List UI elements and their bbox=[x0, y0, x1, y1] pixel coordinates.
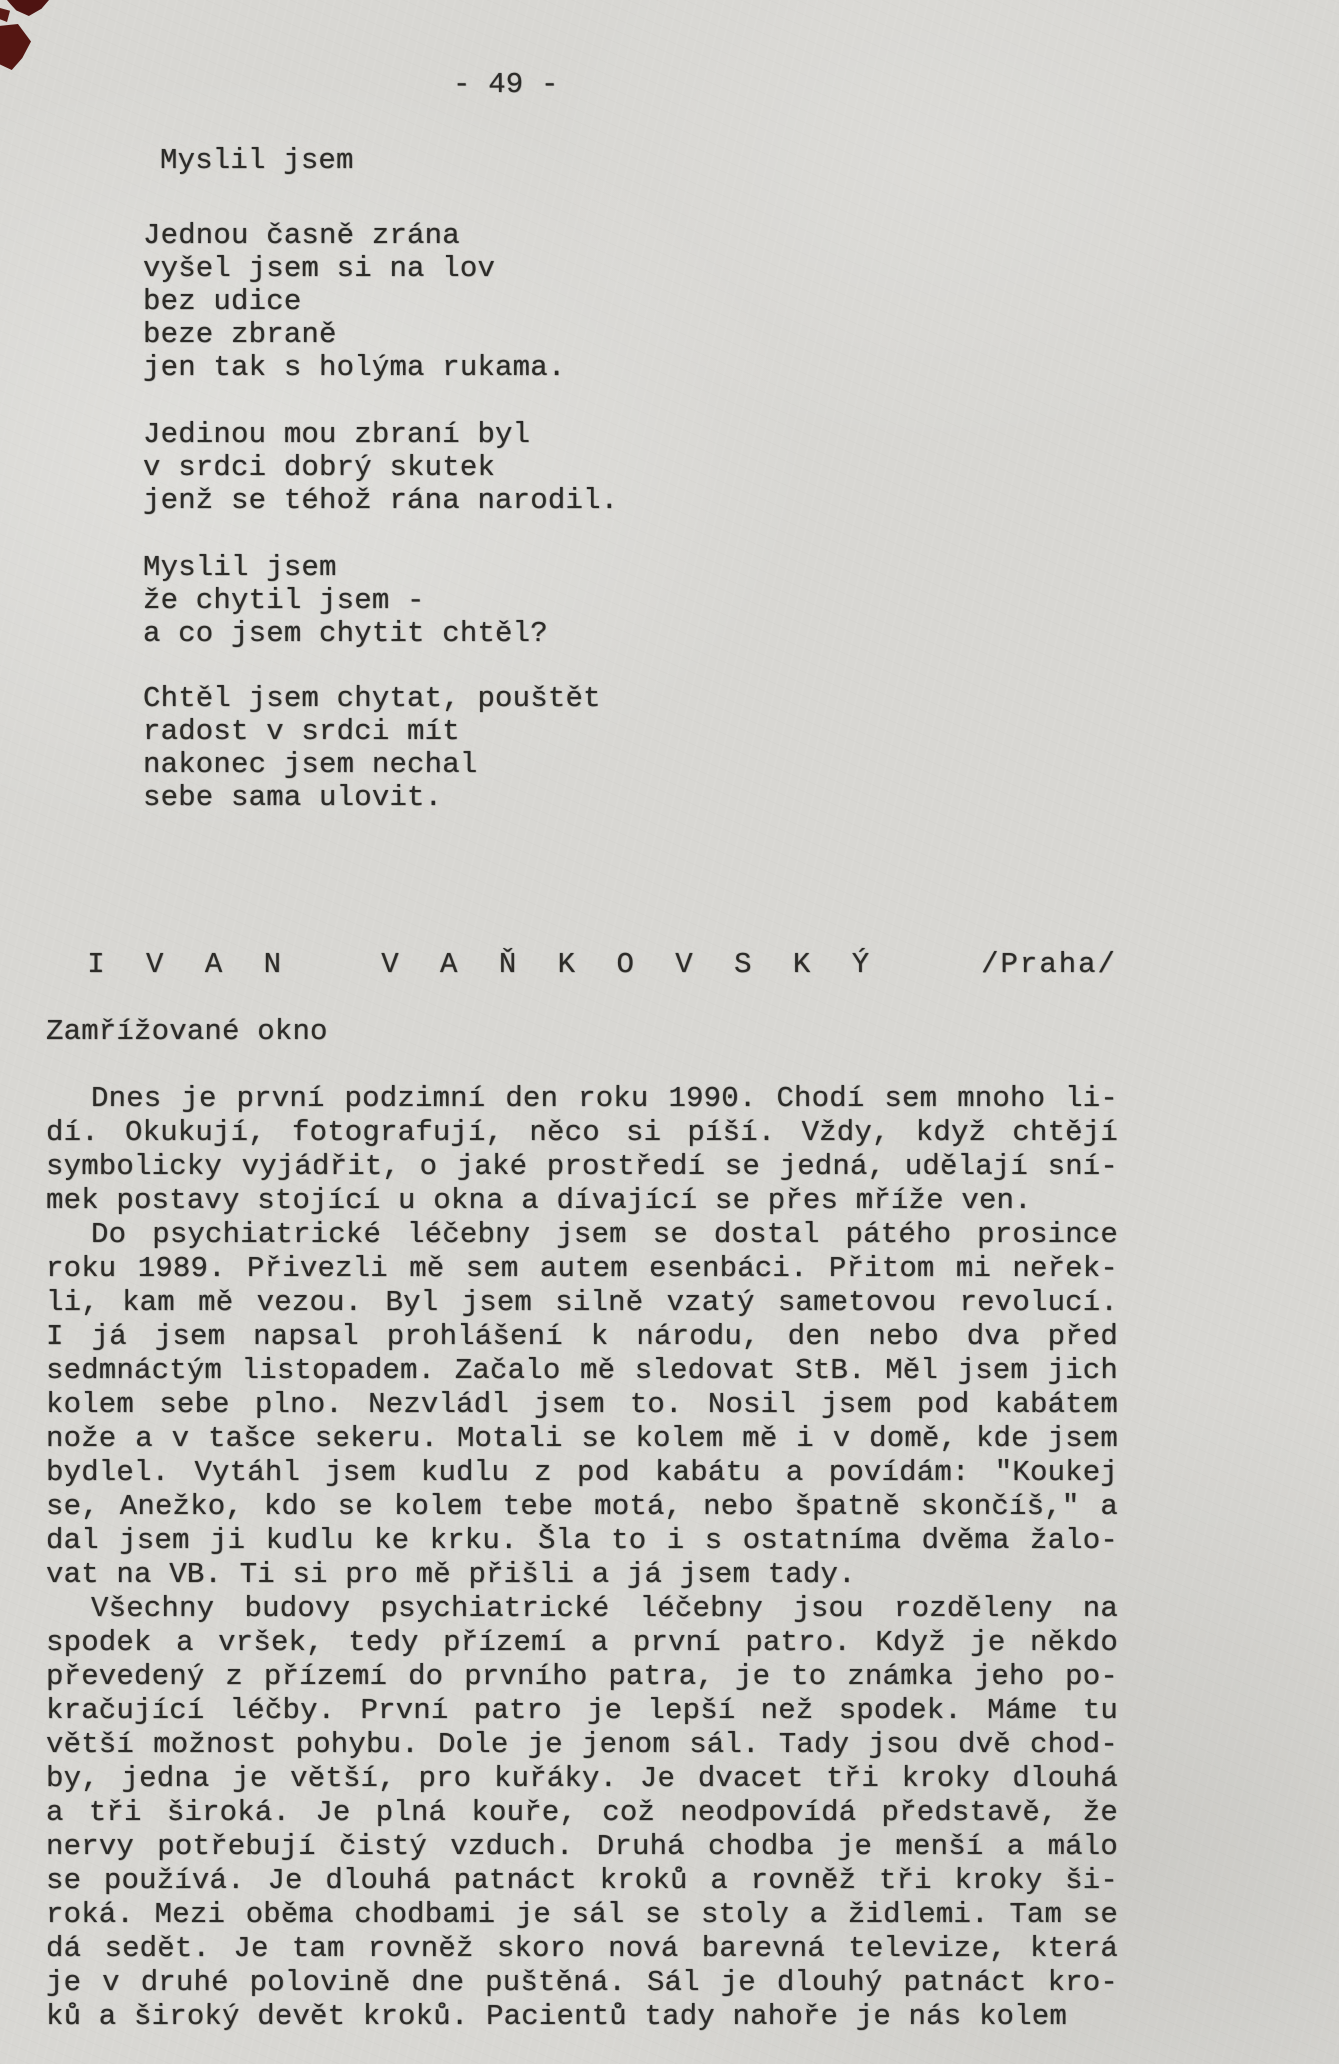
prose-line: dí. Okukují, fotografují, něco si píší. … bbox=[46, 1116, 1118, 1150]
prose-line: Všechny budovy psychiatrické léčebny jso… bbox=[46, 1592, 1118, 1626]
prose-line: bydlel. Vytáhl jsem kudlu z pod kabátu a… bbox=[46, 1456, 1118, 1490]
story-title: Zamřížované okno bbox=[46, 1015, 328, 1048]
prose-line: je v druhé polovině dne puštěná. Sál je … bbox=[46, 1966, 1118, 2000]
prose-line: nože a v tašce sekeru. Motali se kolem m… bbox=[46, 1422, 1118, 1456]
document-page: { "page": { "number": "- 49 -" }, "poem"… bbox=[0, 0, 1339, 2064]
prose-line: větší možnost pohybu. Dole je jenom sál.… bbox=[46, 1728, 1118, 1762]
prose-line: mek postavy stojící u okna a dívající se… bbox=[46, 1184, 1118, 1218]
prose-paragraph: Dnes je první podzimní den roku 1990. Ch… bbox=[46, 1082, 1118, 1218]
poem-title: Myslil jsem bbox=[160, 144, 354, 177]
prose-line: roku 1989. Přivezli mě sem autem esenbác… bbox=[46, 1252, 1118, 1286]
prose-line: kračující léčby. První patro je lepší ne… bbox=[46, 1694, 1118, 1728]
prose-line: se, Anežko, kdo se kolem tebe motá, nebo… bbox=[46, 1490, 1118, 1524]
prose-line: se používá. Je dlouhá patnáct kroků a ro… bbox=[46, 1864, 1118, 1898]
prose-line: dá sedět. Je tam rovněž skoro nová barev… bbox=[46, 1932, 1118, 1966]
prose-line: a tři široká. Je plná kouře, což neodpov… bbox=[46, 1796, 1118, 1830]
prose-line: kolem sebe plno. Nezvládl jsem to. Nosil… bbox=[46, 1388, 1118, 1422]
prose-line: převedený z přízemí do prvního patra, je… bbox=[46, 1660, 1118, 1694]
poem-stanza: Jedinou mou zbraní byl v srdci dobrý sku… bbox=[143, 418, 618, 517]
poem-stanza: Myslil jsem že chytil jsem - a co jsem c… bbox=[143, 551, 548, 650]
page-number: - 49 - bbox=[453, 68, 559, 101]
prose-paragraph: Do psychiatrické léčebny jsem se dostal … bbox=[46, 1218, 1118, 1592]
prose-line: Dnes je první podzimní den roku 1990. Ch… bbox=[46, 1082, 1118, 1116]
prose-line: I já jsem napsal prohlášení k národu, de… bbox=[46, 1320, 1118, 1354]
poem-stanza: Chtěl jsem chytat, pouštět radost v srdc… bbox=[143, 682, 601, 814]
author-place: /Praha/ bbox=[981, 948, 1117, 981]
prose-line: by, jedna je větší, pro kuřáky. Je dvace… bbox=[46, 1762, 1118, 1796]
prose-line: spodek a vršek, tedy přízemí a první pat… bbox=[46, 1626, 1118, 1660]
prose: Dnes je první podzimní den roku 1990. Ch… bbox=[46, 1082, 1118, 2034]
poem-stanza: Jednou časně zrána vyšel jsem si na lov … bbox=[143, 219, 565, 384]
prose-line: sedmnáctým listopadem. Začalo mě sledova… bbox=[46, 1354, 1118, 1388]
prose-line: dal jsem ji kudlu ke krku. Šla to i s os… bbox=[46, 1524, 1118, 1558]
prose-line: nervy potřebují čistý vzduch. Druhá chod… bbox=[46, 1830, 1118, 1864]
prose-line: ků a široký devět kroků. Pacientů tady n… bbox=[46, 2000, 1118, 2034]
prose-line: Do psychiatrické léčebny jsem se dostal … bbox=[46, 1218, 1118, 1252]
author-line: I V A N V A Ň K O V S K Ý/Praha/ bbox=[52, 915, 1117, 981]
prose-paragraph: Všechny budovy psychiatrické léčebny jso… bbox=[46, 1592, 1118, 2034]
author-name: I V A N V A Ň K O V S K Ý bbox=[87, 948, 881, 981]
prose-line: vat na VB. Ti si pro mě přišli a já jsem… bbox=[46, 1558, 1118, 1592]
prose-line: symbolicky vyjádřit, o jaké prostředí se… bbox=[46, 1150, 1118, 1184]
prose-line: li, kam mě vezou. Byl jsem silně vzatý s… bbox=[46, 1286, 1118, 1320]
prose-line: roká. Mezi oběma chodbami je sál se stol… bbox=[46, 1898, 1118, 1932]
